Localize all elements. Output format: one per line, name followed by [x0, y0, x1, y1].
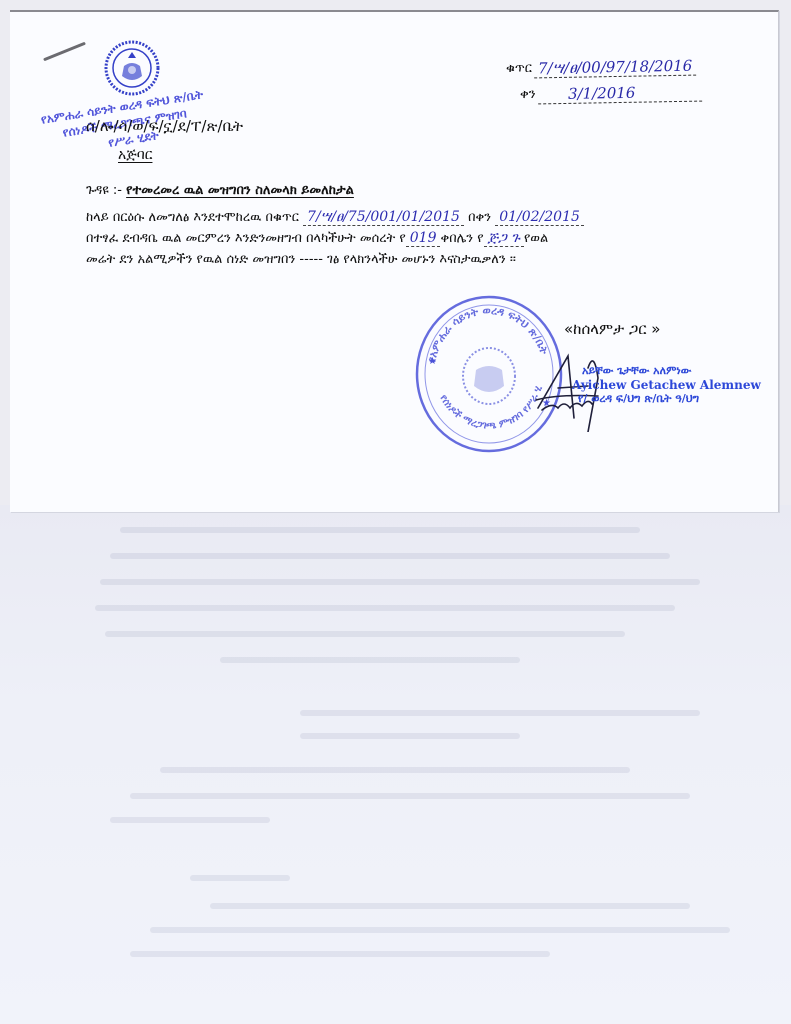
- show-through-text: [120, 527, 640, 533]
- body-text: ከላይ በርዕሱ ለመግለፅ እንደተሞከረዉ በቁጥር: [86, 210, 299, 225]
- show-through-text: [300, 710, 700, 716]
- show-through-text: [150, 927, 730, 933]
- signatory-title: የ/ ወረዳ ፍ/ህግ ጽ/ቤት ዓ/ህግ: [578, 392, 761, 406]
- show-through-text: [190, 875, 290, 881]
- subject-line: ጉዳዩ :- የተመረመረ ዉል መዝግበን ስለመላክ ይመለከታል: [86, 183, 354, 198]
- body-date-label: በቀን: [468, 210, 491, 225]
- handwritten-reference: 7/ሣ/ፀ/75/001/01/2015: [303, 209, 464, 226]
- subject-title: የተመረመረ ዉል መዝግበን ስለመላክ ይመለከታል: [126, 183, 354, 198]
- handwritten-count: 019: [406, 230, 441, 247]
- signatory-name-amharic: አይቸው ጌታቸው አለምነው: [582, 364, 761, 378]
- back-sheet: [0, 505, 791, 1024]
- court-emblem-icon: [104, 40, 160, 96]
- show-through-text: [100, 579, 700, 585]
- show-through-text: [160, 767, 630, 773]
- body-line-3: መሬት ደን አልሚዎችን የዉል ሰነድ መዝግበን ----- ገፅ የላክ…: [86, 249, 686, 270]
- show-through-text: [105, 631, 625, 637]
- show-through-text: [110, 553, 670, 559]
- handwritten-date: 01/02/2015: [495, 209, 584, 226]
- sender-office: ሰ/ሎ/ሳ/ወ/ፍ/ኗ/ደ/ፐ/ጽ/ቤት: [86, 117, 243, 135]
- letter-body: ከላይ በርዕሱ ለመግለፅ እንደተሞከረዉ በቁጥር 7/ሣ/ፀ/75/00…: [86, 207, 686, 270]
- reference-date-label: ቀን: [520, 87, 536, 102]
- show-through-text: [130, 793, 690, 799]
- handwritten-kebele: ጅጋ ጉ: [484, 230, 524, 247]
- body-text: ቀበሌን የ: [440, 231, 483, 246]
- reference-block: ቁጥር 7/ሣ/ፀ/00/97/18/2016 ቀን 3/1/2016: [506, 58, 702, 110]
- reference-date-value: 3/1/2016: [537, 83, 701, 105]
- reference-number-value: 7/ሣ/ፀ/00/97/18/2016: [534, 57, 697, 79]
- reference-date-row: ቀን 3/1/2016: [520, 84, 702, 110]
- signatory-name-english: Ayichew Getachew Alemnew: [572, 378, 761, 392]
- reference-number-label: ቁጥር: [506, 61, 532, 76]
- body-text: በተፃፈ ደብዳቤ ዉል መርምረን እንድንመዘግብ በላካችሁት መሰረት …: [86, 231, 406, 246]
- body-text: የወል: [524, 231, 548, 246]
- show-through-text: [110, 817, 270, 823]
- body-line-2: በተፃፈ ደብዳቤ ዉል መርምረን እንድንመዘግብ በላካችሁት መሰረት …: [86, 228, 686, 249]
- show-through-text: [95, 605, 675, 611]
- reference-number-row: ቁጥር 7/ሣ/ፀ/00/97/18/2016: [506, 58, 702, 84]
- subject-label: ጉዳዩ :-: [86, 183, 122, 198]
- body-line-1: ከላይ በርዕሱ ለመግለፅ እንደተሞከረዉ በቁጥር 7/ሣ/ፀ/75/00…: [86, 207, 686, 228]
- show-through-text: [300, 733, 520, 739]
- show-through-text: [210, 903, 690, 909]
- show-through-text: [220, 657, 520, 663]
- signatory-stamp: አይቸው ጌታቸው አለምነው Ayichew Getachew Alemnew…: [572, 364, 761, 406]
- closing-salutation: «ከሰላምታ ጋር »: [564, 320, 661, 338]
- recipient: አጅባር: [118, 147, 152, 163]
- show-through-text: [130, 951, 550, 957]
